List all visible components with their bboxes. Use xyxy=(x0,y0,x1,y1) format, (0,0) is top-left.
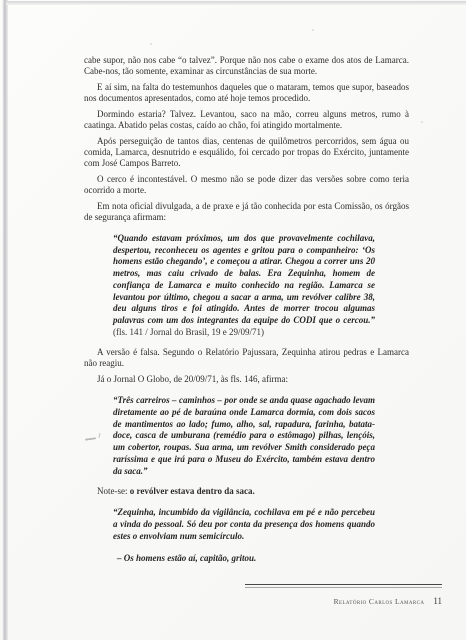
block-quote-o-globo: “Três carreiros – caminhos – por onde se… xyxy=(113,395,375,477)
body-paragraph: Após perseguição de tantos dias, centena… xyxy=(84,136,409,169)
scan-edge-top xyxy=(6,1,466,5)
scan-speck xyxy=(421,121,423,123)
body-paragraph: O cerco é incontestável. O mesmo não se … xyxy=(84,174,409,196)
body-paragraph: A versão é falsa. Segundo o Relatório Pa… xyxy=(84,347,409,369)
footer-report-title: Relatório Carlos Lamarca xyxy=(334,597,425,606)
body-paragraph: Em nota oficial divulgada, a de praxe e … xyxy=(84,201,409,223)
scan-speck xyxy=(312,29,314,31)
quote-text: “Quando estavam próximos, um dos que pro… xyxy=(113,233,375,325)
scan-edge-left xyxy=(2,0,8,640)
body-paragraph: E aí sim, na falta do testemunhos daquel… xyxy=(84,82,409,104)
quote-citation: (fls. 141 / Jornal do Brasil, 19 e 29/09… xyxy=(113,327,264,337)
note-label: Note-se: xyxy=(97,486,130,496)
page-number: 11 xyxy=(433,596,442,606)
block-quote-official-note: “Quando estavam próximos, um dos que pro… xyxy=(113,233,375,338)
body-paragraph: Dormindo estaria? Talvez. Levantou, saco… xyxy=(84,109,409,131)
scan-speck xyxy=(150,43,152,45)
body-paragraph: Já o Jornal O Globo, de 20/09/71, às fls… xyxy=(84,374,409,385)
page-content: cabe supor, não nos cabe “o talvez”. Por… xyxy=(84,55,409,564)
scanned-page: cabe supor, não nos cabe “o talvez”. Por… xyxy=(0,0,466,640)
note-emphasis: o revólver estava dentro da saca. xyxy=(130,486,255,496)
dialogue-line: – Os homens estão aí, capitão, gritou. xyxy=(117,553,409,564)
page-footer: Relatório Carlos Lamarca11 xyxy=(245,584,442,609)
footer-rule xyxy=(245,584,442,588)
body-paragraph: cabe supor, não nos cabe “o talvez”. Por… xyxy=(84,55,409,77)
block-quote-zequinha: “Zequinha, incumbido da vigilância, coch… xyxy=(113,507,375,542)
note-line: Note-se: o revólver estava dentro da sac… xyxy=(84,486,409,497)
